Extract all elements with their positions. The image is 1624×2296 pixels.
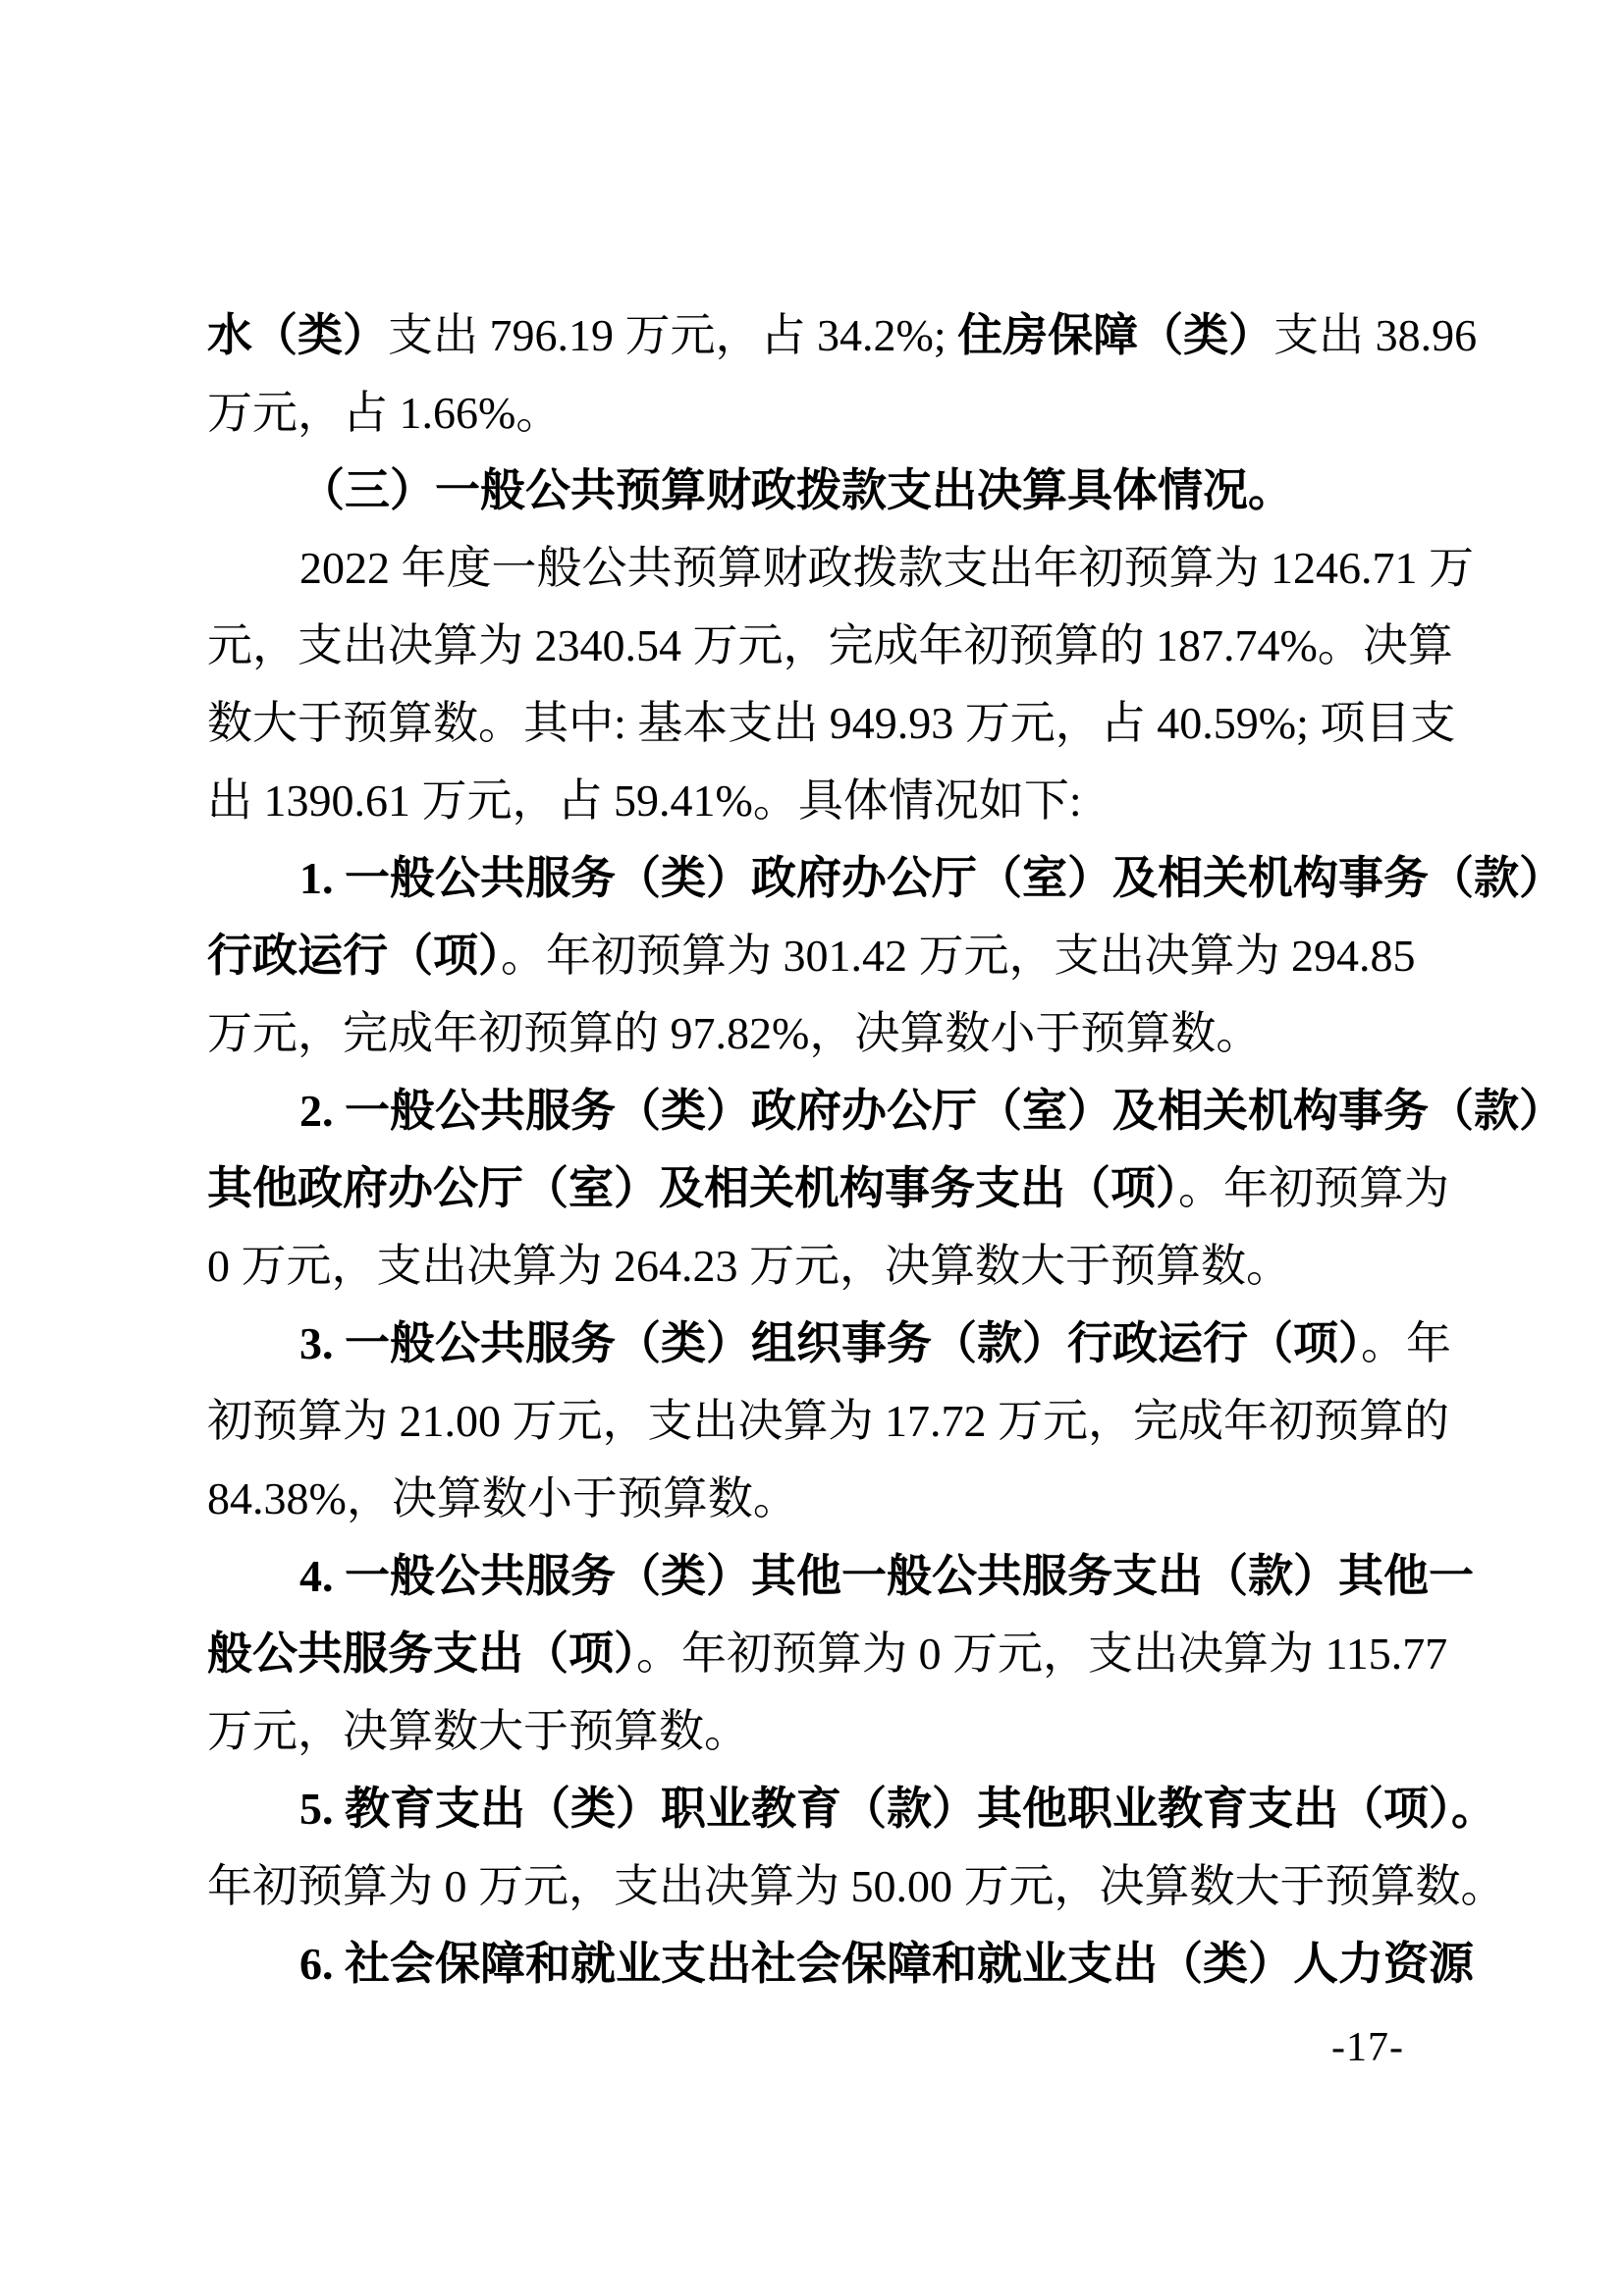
text-segment: 行政运行（项）	[207, 931, 501, 981]
text-line: 2022 年度一般公共预算财政拨款支出年初预算为 1246.71 万	[207, 529, 1489, 607]
text-line: 年初预算为 0 万元，支出决算为 50.00 万元，决算数大于预算数。	[207, 1847, 1489, 1925]
text-line: 初预算为 21.00 万元，支出决算为 17.72 万元，完成年初预算的	[207, 1382, 1489, 1460]
text-segment: 1. 一般公共服务（类）政府办公厅（室）及相关机构事务（款）	[299, 853, 1564, 903]
text-segment: 。年	[1361, 1318, 1451, 1368]
text-line: 其他政府办公厅（室）及相关机构事务支出（项）。年初预算为	[207, 1149, 1489, 1227]
text-segment: 万元，决算数大于预算数。	[207, 1706, 749, 1756]
text-segment: 5. 教育支出（类）职业教育（款）其他职业教育支出（项）。	[299, 1784, 1496, 1834]
text-line: 1. 一般公共服务（类）政府办公厅（室）及相关机构事务（款）	[207, 839, 1489, 917]
text-line: 般公共服务支出（项）。年初预算为 0 万元，支出决算为 115.77	[207, 1615, 1489, 1692]
text-segment: 年初预算为 0 万元，支出决算为 50.00 万元，决算数大于预算数。	[207, 1861, 1506, 1911]
text-line: 4. 一般公共服务（类）其他一般公共服务支出（款）其他一	[207, 1537, 1489, 1615]
text-segment: 万元，占 1.66%。	[207, 388, 561, 438]
text-segment: 3. 一般公共服务（类）组织事务（款）行政运行（项）	[299, 1318, 1361, 1368]
text-segment: 万元，完成年初预算的 97.82%，决算数小于预算数。	[207, 1008, 1261, 1058]
text-line: 84.38%，决算数小于预算数。	[207, 1460, 1489, 1537]
text-segment: 住房保障（类）	[957, 310, 1273, 360]
text-line: 出 1390.61 万元，占 59.41%。具体情况如下:	[207, 762, 1489, 839]
text-segment: 出 1390.61 万元，占 59.41%。具体情况如下:	[207, 775, 1082, 826]
text-line: 元，支出决算为 2340.54 万元，完成年初预算的 187.74%。决算	[207, 607, 1489, 684]
text-line: 0 万元，支出决算为 264.23 万元，决算数大于预算数。	[207, 1227, 1489, 1305]
document-page: 水（类）支出 796.19 万元，占 34.2%; 住房保障（类）支出 38.9…	[0, 0, 1624, 2296]
text-segment: 其他政府办公厅（室）及相关机构事务支出（项）	[207, 1163, 1178, 1213]
text-line: 万元，占 1.66%。	[207, 374, 1489, 452]
text-segment: 0 万元，支出决算为 264.23 万元，决算数大于预算数。	[207, 1241, 1291, 1291]
text-line: （三）一般公共预算财政拨款支出决算具体情况。	[207, 452, 1489, 529]
text-segment: 84.38%，决算数小于预算数。	[207, 1473, 798, 1523]
text-line: 水（类）支出 796.19 万元，占 34.2%; 住房保障（类）支出 38.9…	[207, 296, 1489, 374]
text-line: 万元，决算数大于预算数。	[207, 1692, 1489, 1770]
text-line: 2. 一般公共服务（类）政府办公厅（室）及相关机构事务（款）	[207, 1072, 1489, 1149]
text-line: 5. 教育支出（类）职业教育（款）其他职业教育支出（项）。	[207, 1770, 1489, 1847]
text-segment: 水（类）	[207, 310, 388, 360]
text-line: 万元，完成年初预算的 97.82%，决算数小于预算数。	[207, 994, 1489, 1072]
text-segment: 支出 796.19 万元，占 34.2%;	[388, 310, 957, 360]
text-line: 3. 一般公共服务（类）组织事务（款）行政运行（项）。年	[207, 1305, 1489, 1382]
page-number: -17-	[1331, 2025, 1404, 2070]
text-segment: 初预算为 21.00 万元，支出决算为 17.72 万元，完成年初预算的	[207, 1396, 1449, 1446]
text-segment: 2. 一般公共服务（类）政府办公厅（室）及相关机构事务（款）	[299, 1086, 1564, 1136]
text-segment: 数大于预算数。其中: 基本支出 949.93 万元，占 40.59%; 项目支	[207, 698, 1455, 748]
text-line: 行政运行（项）。年初预算为 301.42 万元，支出决算为 294.85	[207, 917, 1489, 994]
text-line: 数大于预算数。其中: 基本支出 949.93 万元，占 40.59%; 项目支	[207, 684, 1489, 762]
text-segment: 支出 38.96	[1273, 310, 1477, 360]
text-segment: 。年初预算为 301.42 万元，支出决算为 294.85	[501, 931, 1416, 981]
text-block: 水（类）支出 796.19 万元，占 34.2%; 住房保障（类）支出 38.9…	[207, 296, 1489, 2002]
text-segment: （三）一般公共预算财政拨款支出决算具体情况。	[299, 465, 1293, 515]
text-segment: 6. 社会保障和就业支出社会保障和就业支出（类）人力资源	[299, 1939, 1474, 1989]
text-segment: 般公共服务支出（项）	[207, 1629, 636, 1679]
text-segment: 2022 年度一般公共预算财政拨款支出年初预算为 1246.71 万	[299, 543, 1474, 593]
text-segment: 元，支出决算为 2340.54 万元，完成年初预算的 187.74%。决算	[207, 620, 1453, 670]
text-line: 6. 社会保障和就业支出社会保障和就业支出（类）人力资源	[207, 1925, 1489, 2002]
text-segment: 。年初预算为 0 万元，支出决算为 115.77	[636, 1629, 1447, 1679]
text-segment: 4. 一般公共服务（类）其他一般公共服务支出（款）其他一	[299, 1551, 1474, 1601]
text-segment: 。年初预算为	[1178, 1163, 1449, 1213]
